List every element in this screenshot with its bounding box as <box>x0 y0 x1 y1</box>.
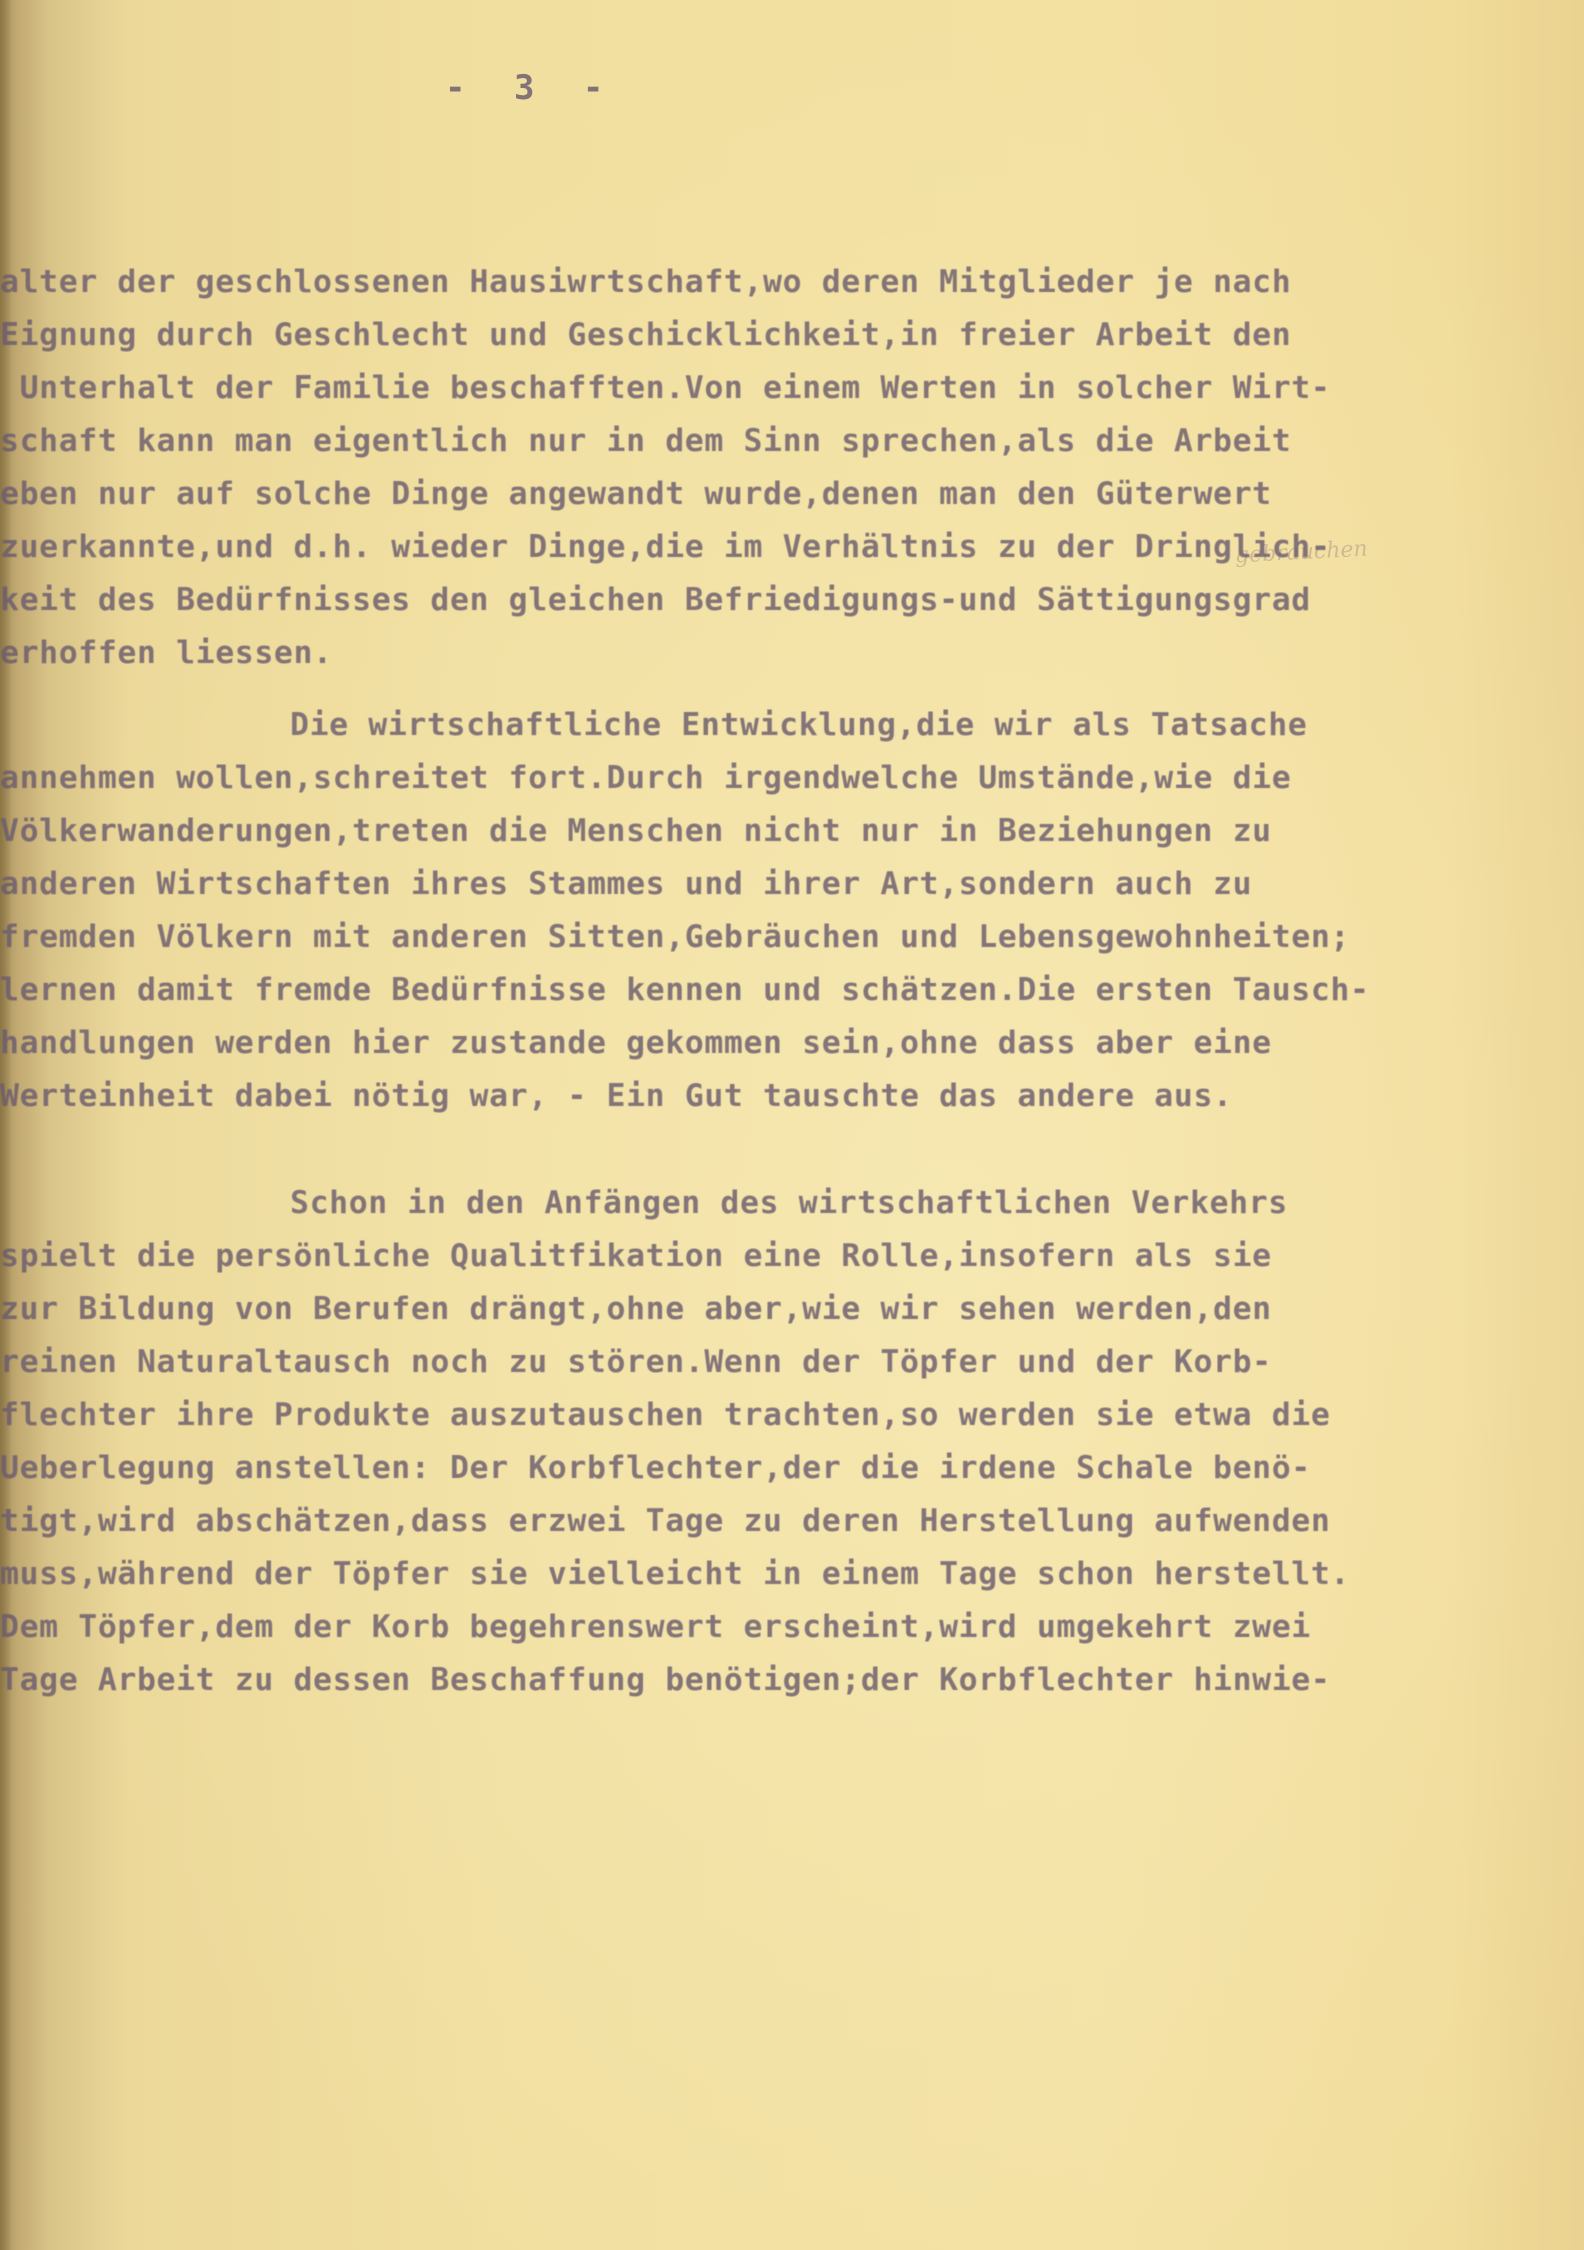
page-number: - 3 - <box>445 68 617 108</box>
text-line: Unterhalt der Familie beschafften.Von ei… <box>0 362 1584 415</box>
text-line: Eignung durch Geschlecht und Geschicklic… <box>0 309 1584 362</box>
text-line: muss,während der Töpfer sie vielleicht i… <box>0 1548 1584 1601</box>
text-line-indented: Schon in den Anfängen des wirtschaftlich… <box>0 1177 1584 1230</box>
paragraph-spacer <box>0 1123 1584 1177</box>
text-line: Ueberlegung anstellen: Der Korbflechter,… <box>0 1442 1584 1495</box>
text-line: Werteinheit dabei nötig war, - Ein Gut t… <box>0 1070 1584 1123</box>
text-line: erhoffen liessen. <box>0 627 1584 680</box>
text-line: fremden Völkern mit anderen Sitten,Gebrä… <box>0 911 1584 964</box>
text-line: handlungen werden hier zustande gekommen… <box>0 1017 1584 1070</box>
text-line: Dem Töpfer,dem der Korb begehrenswert er… <box>0 1601 1584 1654</box>
text-line: flechter ihre Produkte auszutauschen tra… <box>0 1389 1584 1442</box>
text-line: tigt,wird abschätzen,dass erzwei Tage zu… <box>0 1495 1584 1548</box>
text-line-indented: Die wirtschaftliche Entwicklung,die wir … <box>0 699 1584 752</box>
text-line: Völkerwanderungen,treten die Menschen ni… <box>0 805 1584 858</box>
text-line: zuerkannte,und d.h. wieder Dinge,die im … <box>0 521 1584 574</box>
text-line: schaft kann man eigentlich nur in dem Si… <box>0 415 1584 468</box>
paragraph-spacer <box>0 680 1584 699</box>
text-line: alter der geschlossenen Hausiwrtschaft,w… <box>0 256 1584 309</box>
text-line: zur Bildung von Berufen drängt,ohne aber… <box>0 1283 1584 1336</box>
text-line: lernen damit fremde Bedürfnisse kennen u… <box>0 964 1584 1017</box>
text-line: eben nur auf solche Dinge angewandt wurd… <box>0 468 1584 521</box>
paragraph: alter der geschlossenen Hausiwrtschaft,w… <box>0 256 1584 680</box>
text-line: spielt die persönliche Qualitfikation ei… <box>0 1230 1584 1283</box>
text-line: reinen Naturaltausch noch zu stören.Wenn… <box>0 1336 1584 1389</box>
text-line: keit des Bedürfnisses den gleichen Befri… <box>0 574 1584 627</box>
text-line: Tage Arbeit zu dessen Beschaffung benöti… <box>0 1654 1584 1707</box>
paragraph: Schon in den Anfängen des wirtschaftlich… <box>0 1177 1584 1707</box>
typewritten-body: alter der geschlossenen Hausiwrtschaft,w… <box>0 256 1584 1707</box>
paragraph: Die wirtschaftliche Entwicklung,die wir … <box>0 699 1584 1123</box>
text-line: annehmen wollen,schreitet fort.Durch irg… <box>0 752 1584 805</box>
text-line: anderen Wirtschaften ihres Stammes und i… <box>0 858 1584 911</box>
